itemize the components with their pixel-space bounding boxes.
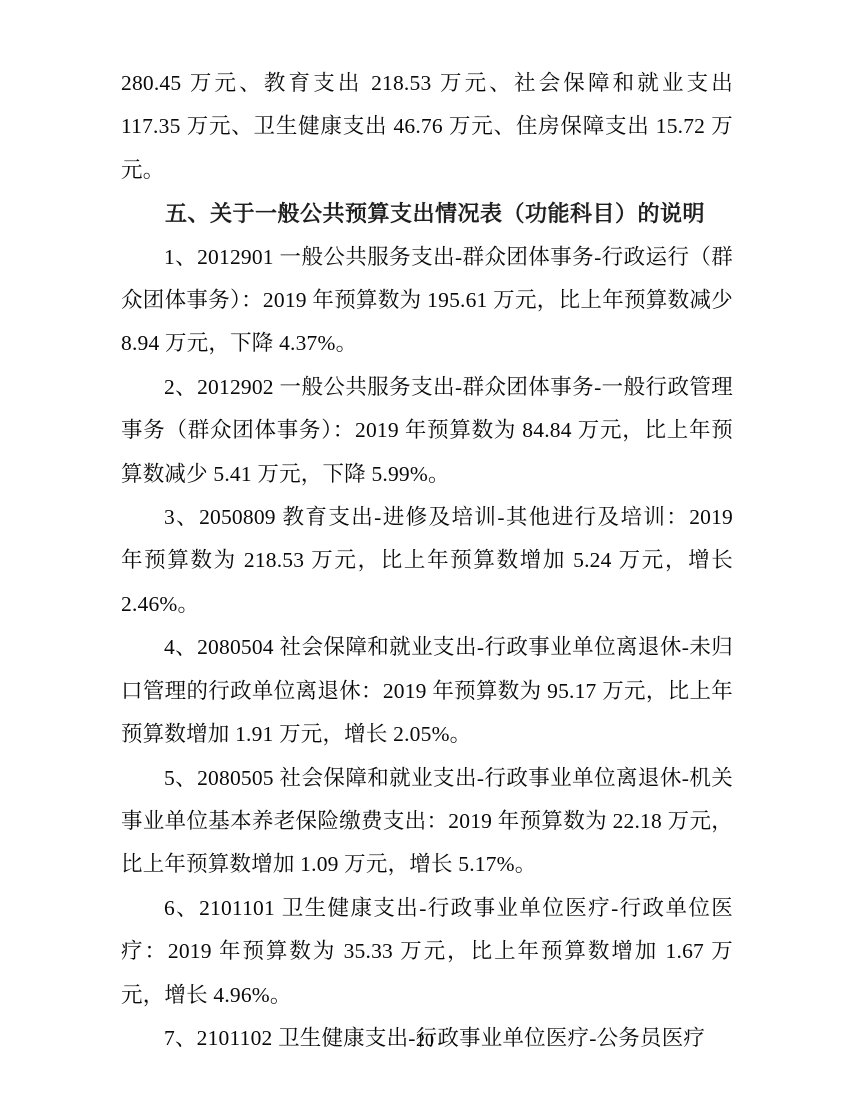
body-paragraph: 4、2080504 社会保障和就业支出-行政事业单位离退休-未归口管理的行政单位… xyxy=(121,626,733,756)
body-paragraph: 6、2101101 卫生健康支出-行政事业单位医疗-行政单位医疗：2019 年预… xyxy=(121,887,733,1017)
body-paragraph: 1、2012901 一般公共服务支出-群众团体事务-行政运行（群众团体事务）：2… xyxy=(121,236,733,366)
document-body: 280.45 万元、教育支出 218.53 万元、社会保障和就业支出 117.3… xyxy=(121,62,733,1060)
body-paragraph: 280.45 万元、教育支出 218.53 万元、社会保障和就业支出 117.3… xyxy=(121,62,733,192)
body-paragraph: 2、2012902 一般公共服务支出-群众团体事务-一般行政管理事务（群众团体事… xyxy=(121,366,733,496)
document-page: 280.45 万元、教育支出 218.53 万元、社会保障和就业支出 117.3… xyxy=(0,0,850,1100)
body-paragraph: 3、2050809 教育支出-进修及培训-其他进行及培训：2019 年预算数为 … xyxy=(121,496,733,626)
body-paragraph: 5、2080505 社会保障和就业支出-行政事业单位离退休-机关事业单位基本养老… xyxy=(121,757,733,887)
section-heading: 五、关于一般公共预算支出情况表（功能科目）的说明 xyxy=(121,192,733,235)
page-number: 20 xyxy=(0,1029,850,1051)
